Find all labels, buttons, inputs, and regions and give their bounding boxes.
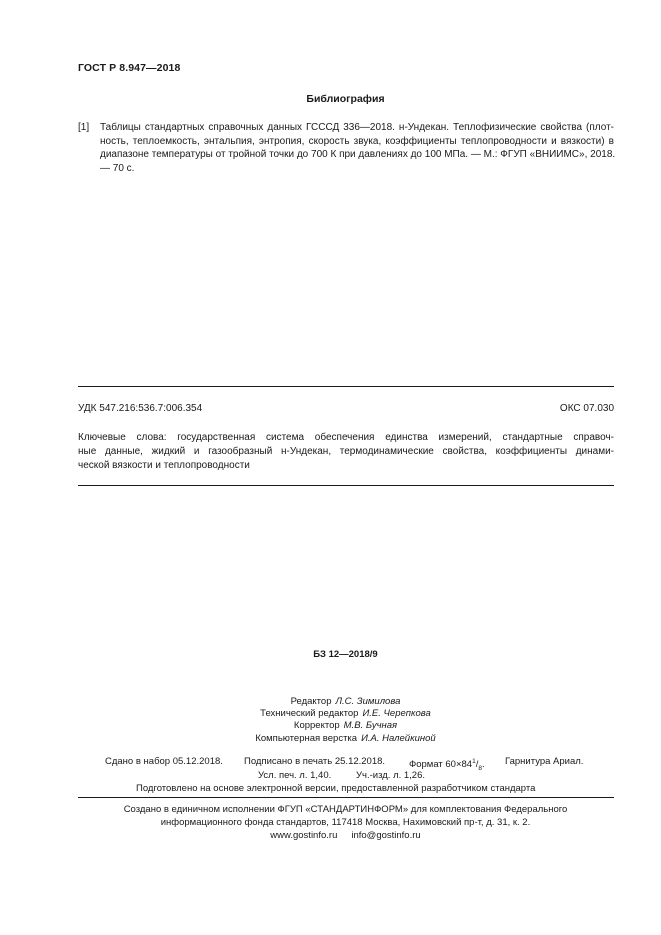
bz-number: БЗ 12—2018/9 bbox=[0, 649, 661, 660]
publication-sheets: Уч.-изд. л. 1,26. bbox=[356, 769, 425, 783]
website-link[interactable]: www.gostinfo.ru bbox=[270, 830, 337, 841]
credit-name: И.Е. Черепкова bbox=[362, 708, 430, 719]
reference-line: диапазоне температуры от тройной точки д… bbox=[100, 148, 614, 162]
credit-editor: РедакторЛ.С. Зимилова bbox=[30, 696, 661, 708]
footer: Создано в единичном исполнении ФГУП «СТА… bbox=[0, 804, 661, 842]
signed-date: Подписано в печать 25.12.2018. bbox=[244, 755, 385, 769]
credit-role: Редактор bbox=[291, 696, 332, 707]
credit-role: Компьютерная верстка bbox=[255, 733, 357, 744]
credit-technical-editor: Технический редакторИ.Е. Черепкова bbox=[30, 708, 661, 720]
oks-code: ОКС 07.030 bbox=[560, 403, 614, 414]
reference-number: [1] bbox=[78, 121, 89, 134]
keywords-line: ные данные, жидкий и газообразный н-Унде… bbox=[78, 445, 614, 459]
typeface: Гарнитура Ариал. bbox=[505, 755, 583, 769]
credits-block: РедакторЛ.С. Зимилова Технический редакт… bbox=[0, 696, 661, 745]
footer-contacts: www.gostinfo.ruinfo@gostinfo.ru bbox=[30, 830, 661, 843]
keywords-line: ческой вязкости и теплопроводности bbox=[78, 459, 614, 473]
prepared-note: Подготовлено на основе электронной верси… bbox=[136, 782, 535, 796]
footer-line-1: Создано в единичном исполнении ФГУП «СТА… bbox=[30, 804, 661, 817]
format-sup: 1 bbox=[472, 758, 476, 765]
keywords: Ключевые слова: государственная система … bbox=[78, 431, 614, 473]
document-code: ГОСТ Р 8.947—2018 bbox=[78, 62, 180, 74]
reference-text: Таблицы стандартных справочных данных ГС… bbox=[100, 121, 614, 175]
credit-proofreader: КорректорМ.В. Бучная bbox=[30, 720, 661, 732]
divider-top bbox=[78, 386, 614, 387]
reference-line: Таблицы стандартных справочных данных ГС… bbox=[100, 121, 614, 135]
udk-code: УДК 547.216:536.7:006.354 bbox=[78, 403, 202, 414]
publication-info: Сдано в набор 05.12.2018. Подписано в пе… bbox=[0, 755, 661, 796]
submitted-date: Сдано в набор 05.12.2018. bbox=[105, 755, 223, 769]
credit-name: И.А. Налейкиной bbox=[361, 733, 436, 744]
credit-layout: Компьютерная версткаИ.А. Налейкиной bbox=[30, 733, 661, 745]
reference-line: — 70 с. bbox=[100, 162, 614, 176]
credit-name: М.В. Бучная bbox=[344, 720, 397, 731]
email-link[interactable]: info@gostinfo.ru bbox=[351, 830, 420, 841]
credit-name: Л.С. Зимилова bbox=[336, 696, 401, 707]
divider-middle bbox=[78, 485, 614, 486]
divider-bottom bbox=[78, 797, 614, 798]
footer-line-2: информационного фонда стандартов, 117418… bbox=[30, 817, 661, 830]
credit-role: Корректор bbox=[294, 720, 340, 731]
reference-line: ность, теплоемкость, энтальпия, энтропия… bbox=[100, 135, 614, 149]
keywords-line: Ключевые слова: государственная система … bbox=[78, 431, 614, 445]
bibliography-title: Библиография bbox=[0, 93, 661, 105]
credit-role: Технический редактор bbox=[260, 708, 358, 719]
print-sheets: Усл. печ. л. 1,40. bbox=[258, 769, 331, 783]
